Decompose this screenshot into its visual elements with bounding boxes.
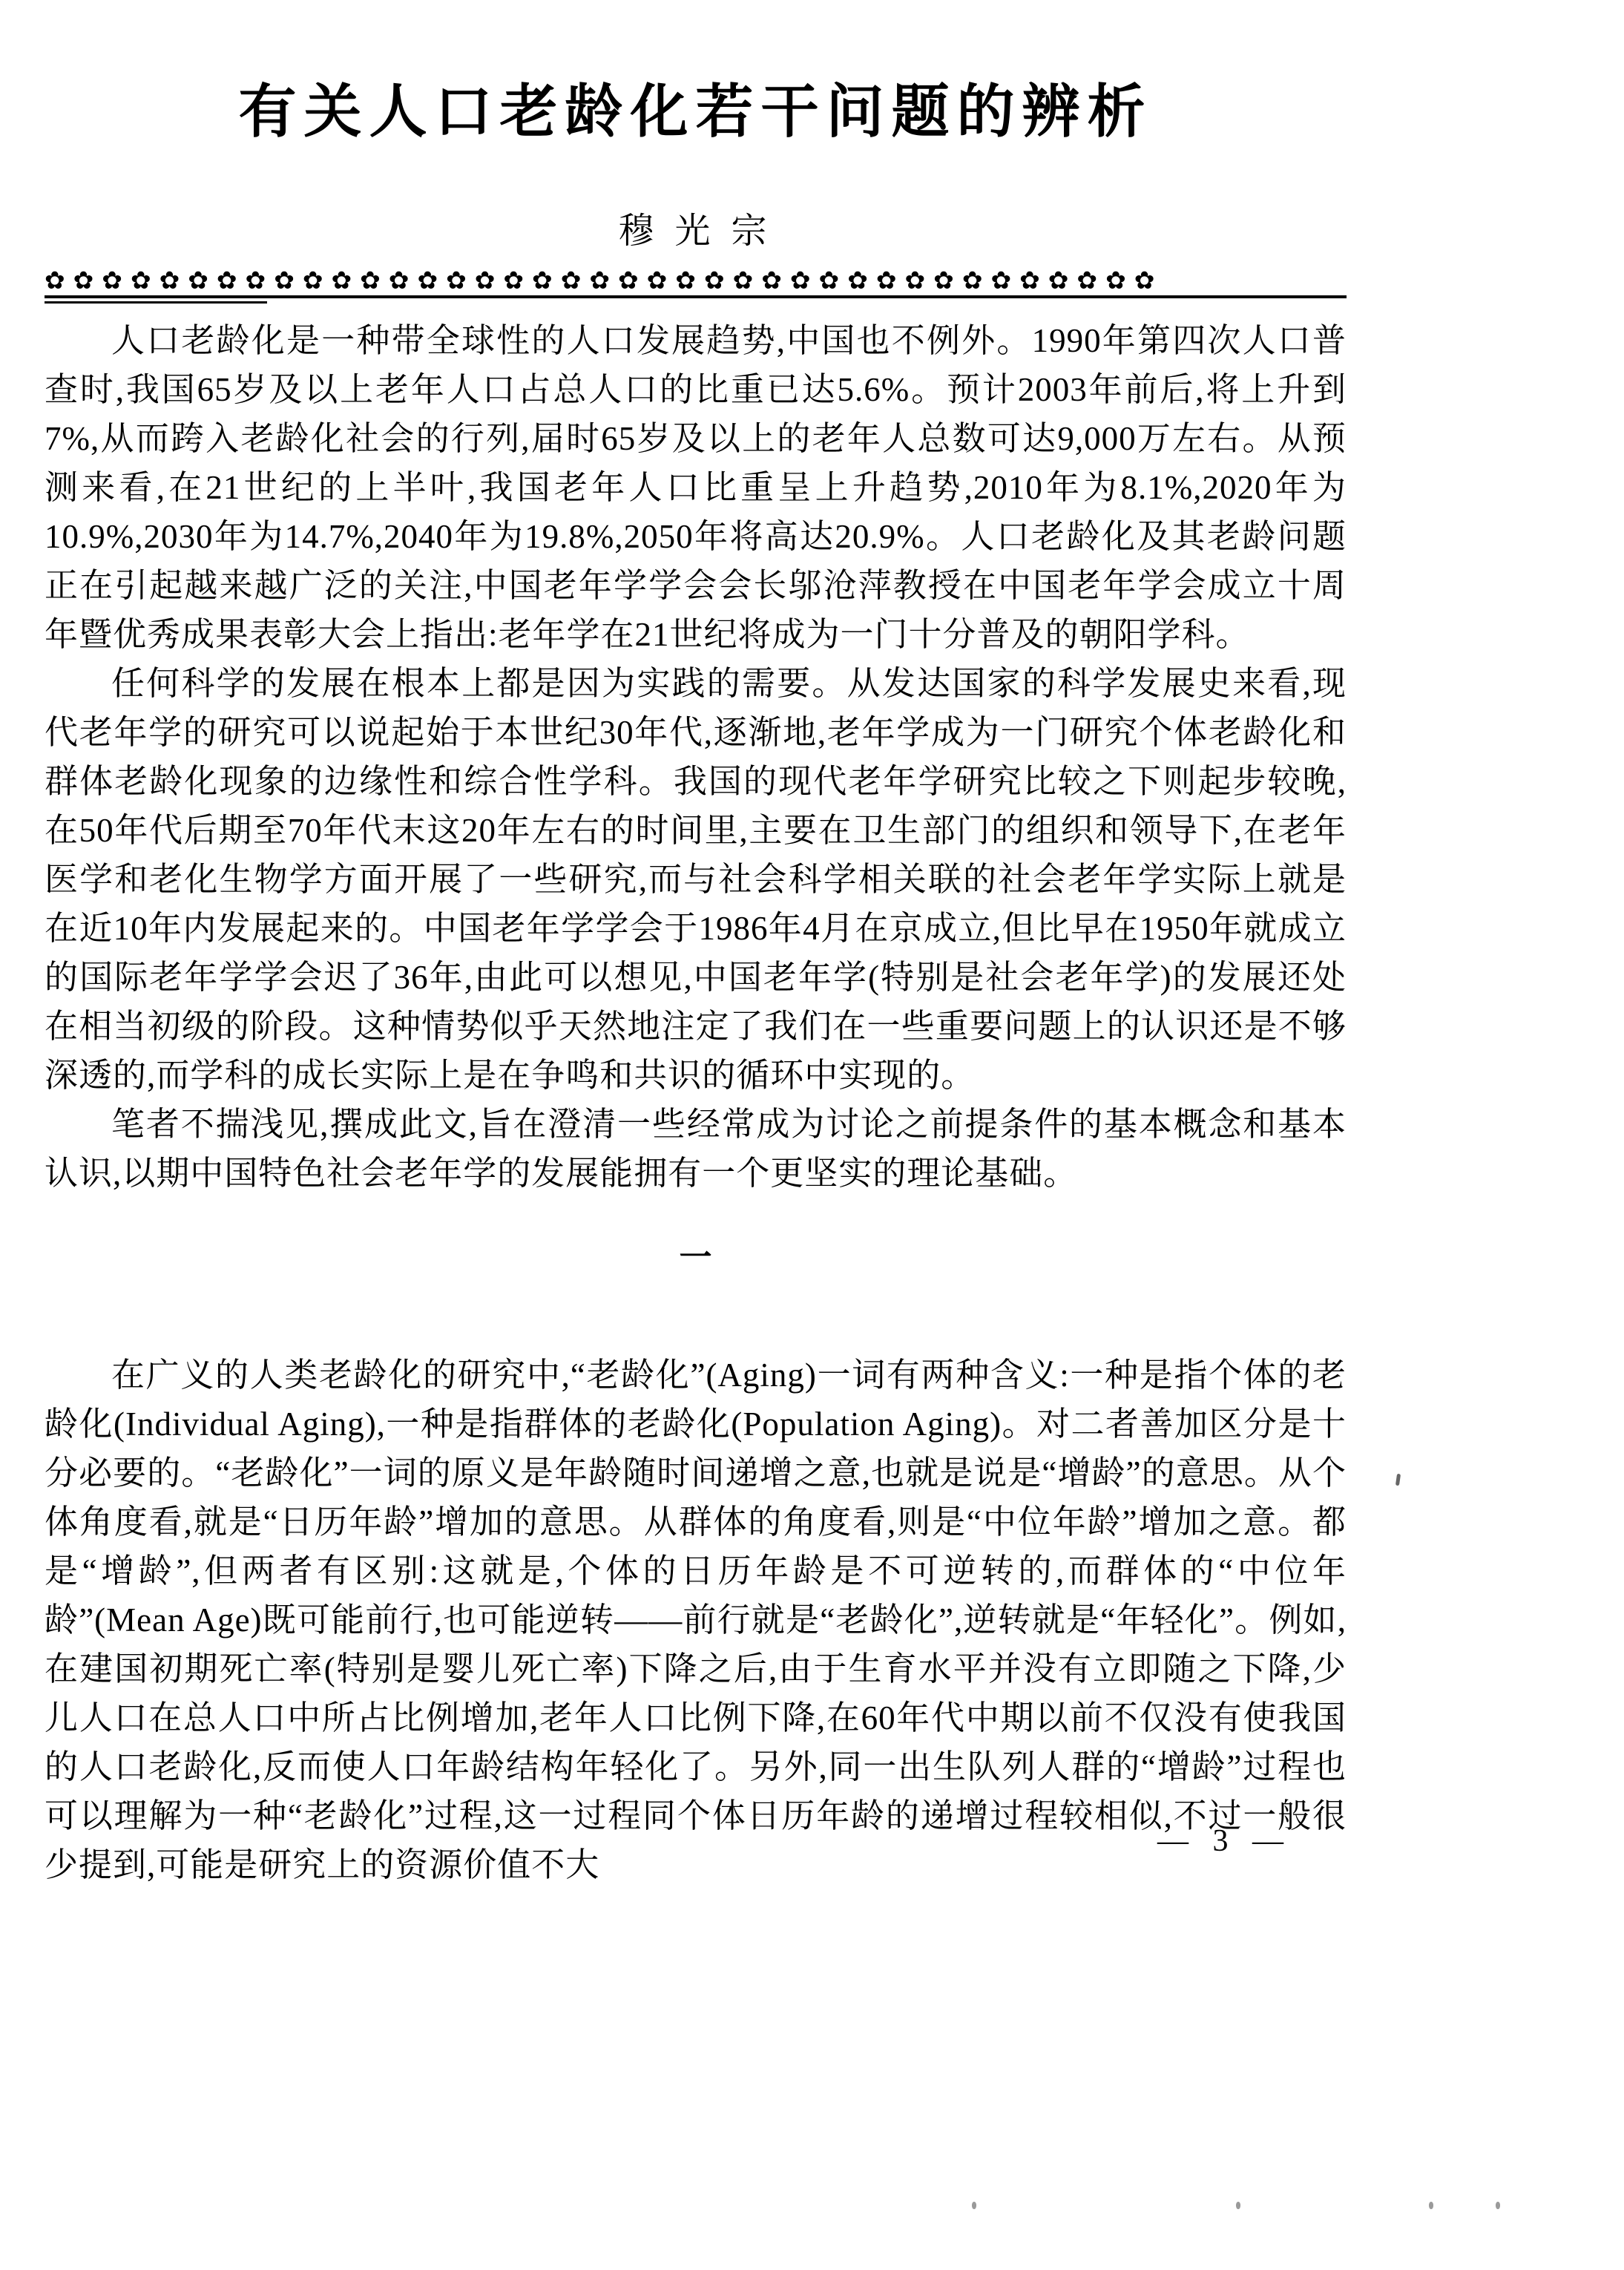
ornament-row: ✿✿✿✿✿✿✿✿✿✿✿✿✿✿✿✿✿✿✿✿✿✿✿✿✿✿✿✿✿✿✿✿✿✿✿✿✿✿✿ — [45, 267, 1347, 298]
divider-line-fragment — [45, 301, 267, 304]
paragraph-intro-2: 任何科学的发展在根本上都是因为实践的需要。从发达国家的科学发展史来看,现代老年学… — [45, 659, 1347, 1100]
scan-speck — [1395, 1474, 1401, 1486]
scan-speck — [873, 350, 877, 353]
article-page: 有关人口老龄化若干问题的辨析 穆 光 宗 ✿✿✿✿✿✿✿✿✿✿✿✿✿✿✿✿✿✿✿… — [45, 0, 1347, 1889]
scan-speck — [972, 2202, 976, 2209]
page-title: 有关人口老龄化若干问题的辨析 — [45, 83, 1347, 141]
author-name: 穆 光 宗 — [45, 214, 1347, 249]
article-body: 人口老龄化是一种带全球性的人口发展趋势,中国也不例外。1990年第四次人口普查时… — [45, 316, 1347, 1889]
paragraph-section1-1: 在广义的人类老龄化的研究中,“老龄化”(Aging)一词有两种含义:一种是指个体… — [45, 1351, 1347, 1889]
scan-speck — [1496, 2202, 1500, 2209]
paragraph-intro-1: 人口老龄化是一种带全球性的人口发展趋势,中国也不例外。1990年第四次人口普查时… — [45, 316, 1347, 659]
scan-speck — [1429, 2202, 1433, 2209]
scan-speck — [1236, 2202, 1240, 2209]
section-heading-one: 一 — [45, 1233, 1347, 1282]
ornament-divider: ✿✿✿✿✿✿✿✿✿✿✿✿✿✿✿✿✿✿✿✿✿✿✿✿✿✿✿✿✿✿✿✿✿✿✿✿✿✿✿ — [45, 267, 1347, 298]
paragraph-intro-3: 笔者不揣浅见,撰成此文,旨在澄清一些经常成为讨论之前提条件的基本概念和基本认识,… — [45, 1100, 1347, 1198]
page-number: — 3 — — [1157, 1825, 1283, 1857]
